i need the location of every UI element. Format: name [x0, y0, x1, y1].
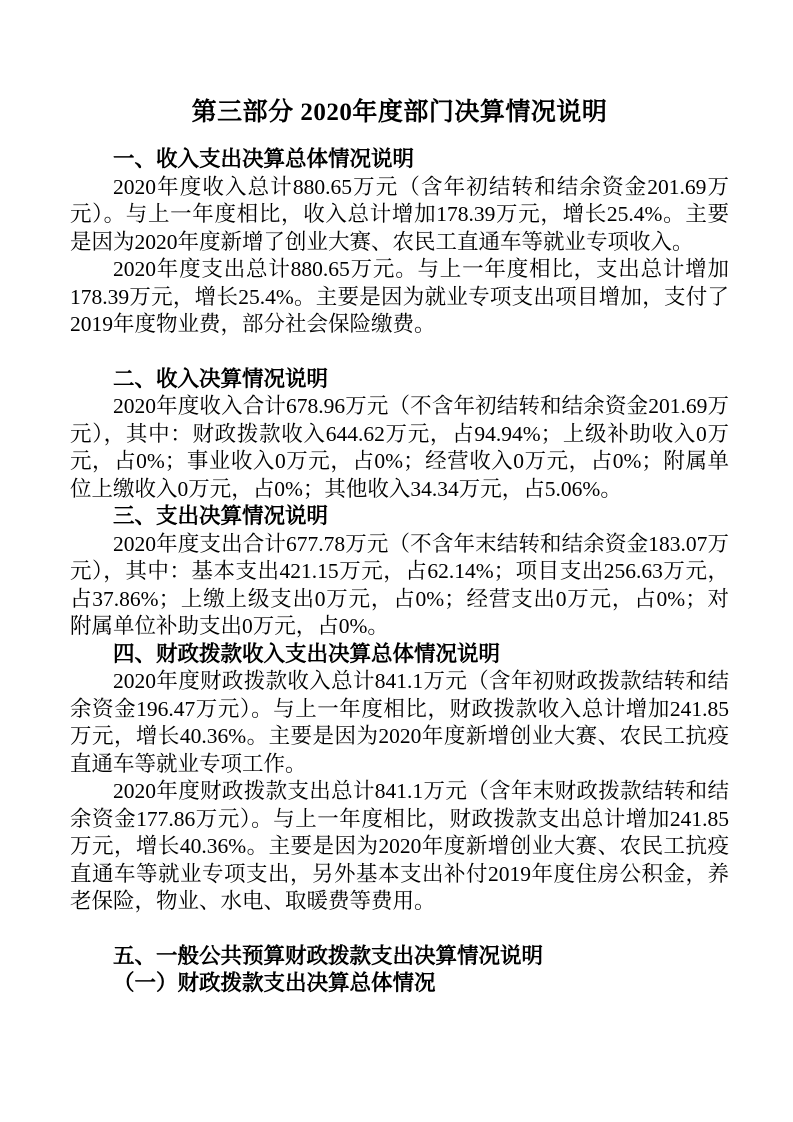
- paragraph: 2020年度收入合计678.96万元（不含年初结转和结余资金201.69万元），…: [70, 393, 729, 503]
- section-income-detail: 二、收入决算情况说明 2020年度收入合计678.96万元（不含年初结转和结余资…: [70, 366, 729, 504]
- section-heading: 三、支出决算情况说明: [70, 503, 729, 531]
- section-heading: 五、一般公共预算财政拨款支出决算情况说明: [70, 943, 729, 971]
- paragraph: 2020年度支出总计880.65万元。与上一年度相比，支出总计增加178.39万…: [70, 256, 729, 339]
- paragraph: 2020年度收入总计880.65万元（含年初结转和结余资金201.69万元）。与…: [70, 174, 729, 257]
- section-heading: 四、财政拨款收入支出决算总体情况说明: [70, 641, 729, 669]
- section-heading: 二、收入决算情况说明: [70, 366, 729, 394]
- section-expense-detail: 三、支出决算情况说明 2020年度支出合计677.78万元（不含年末结转和结余资…: [70, 503, 729, 641]
- paragraph: 2020年度财政拨款支出总计841.1万元（含年末财政拨款结转和结余资金177.…: [70, 778, 729, 916]
- paragraph: 2020年度财政拨款收入总计841.1万元（含年初财政拨款结转和结余资金196.…: [70, 668, 729, 778]
- section-income-expense-overview: 一、收入支出决算总体情况说明 2020年度收入总计880.65万元（含年初结转和…: [70, 146, 729, 339]
- paragraph: 2020年度支出合计677.78万元（不含年末结转和结余资金183.07万元），…: [70, 531, 729, 641]
- section-fiscal-appropriation-overview: 四、财政拨款收入支出决算总体情况说明 2020年度财政拨款收入总计841.1万元…: [70, 641, 729, 916]
- section-subheading: （一）财政拨款支出决算总体情况: [70, 970, 729, 998]
- section-heading: 一、收入支出决算总体情况说明: [70, 146, 729, 174]
- document-page: 第三部分 2020年度部门决算情况说明 一、收入支出决算总体情况说明 2020年…: [0, 0, 793, 1122]
- document-title: 第三部分 2020年度部门决算情况说明: [70, 96, 729, 130]
- section-public-budget-expense: 五、一般公共预算财政拨款支出决算情况说明 （一）财政拨款支出决算总体情况: [70, 943, 729, 998]
